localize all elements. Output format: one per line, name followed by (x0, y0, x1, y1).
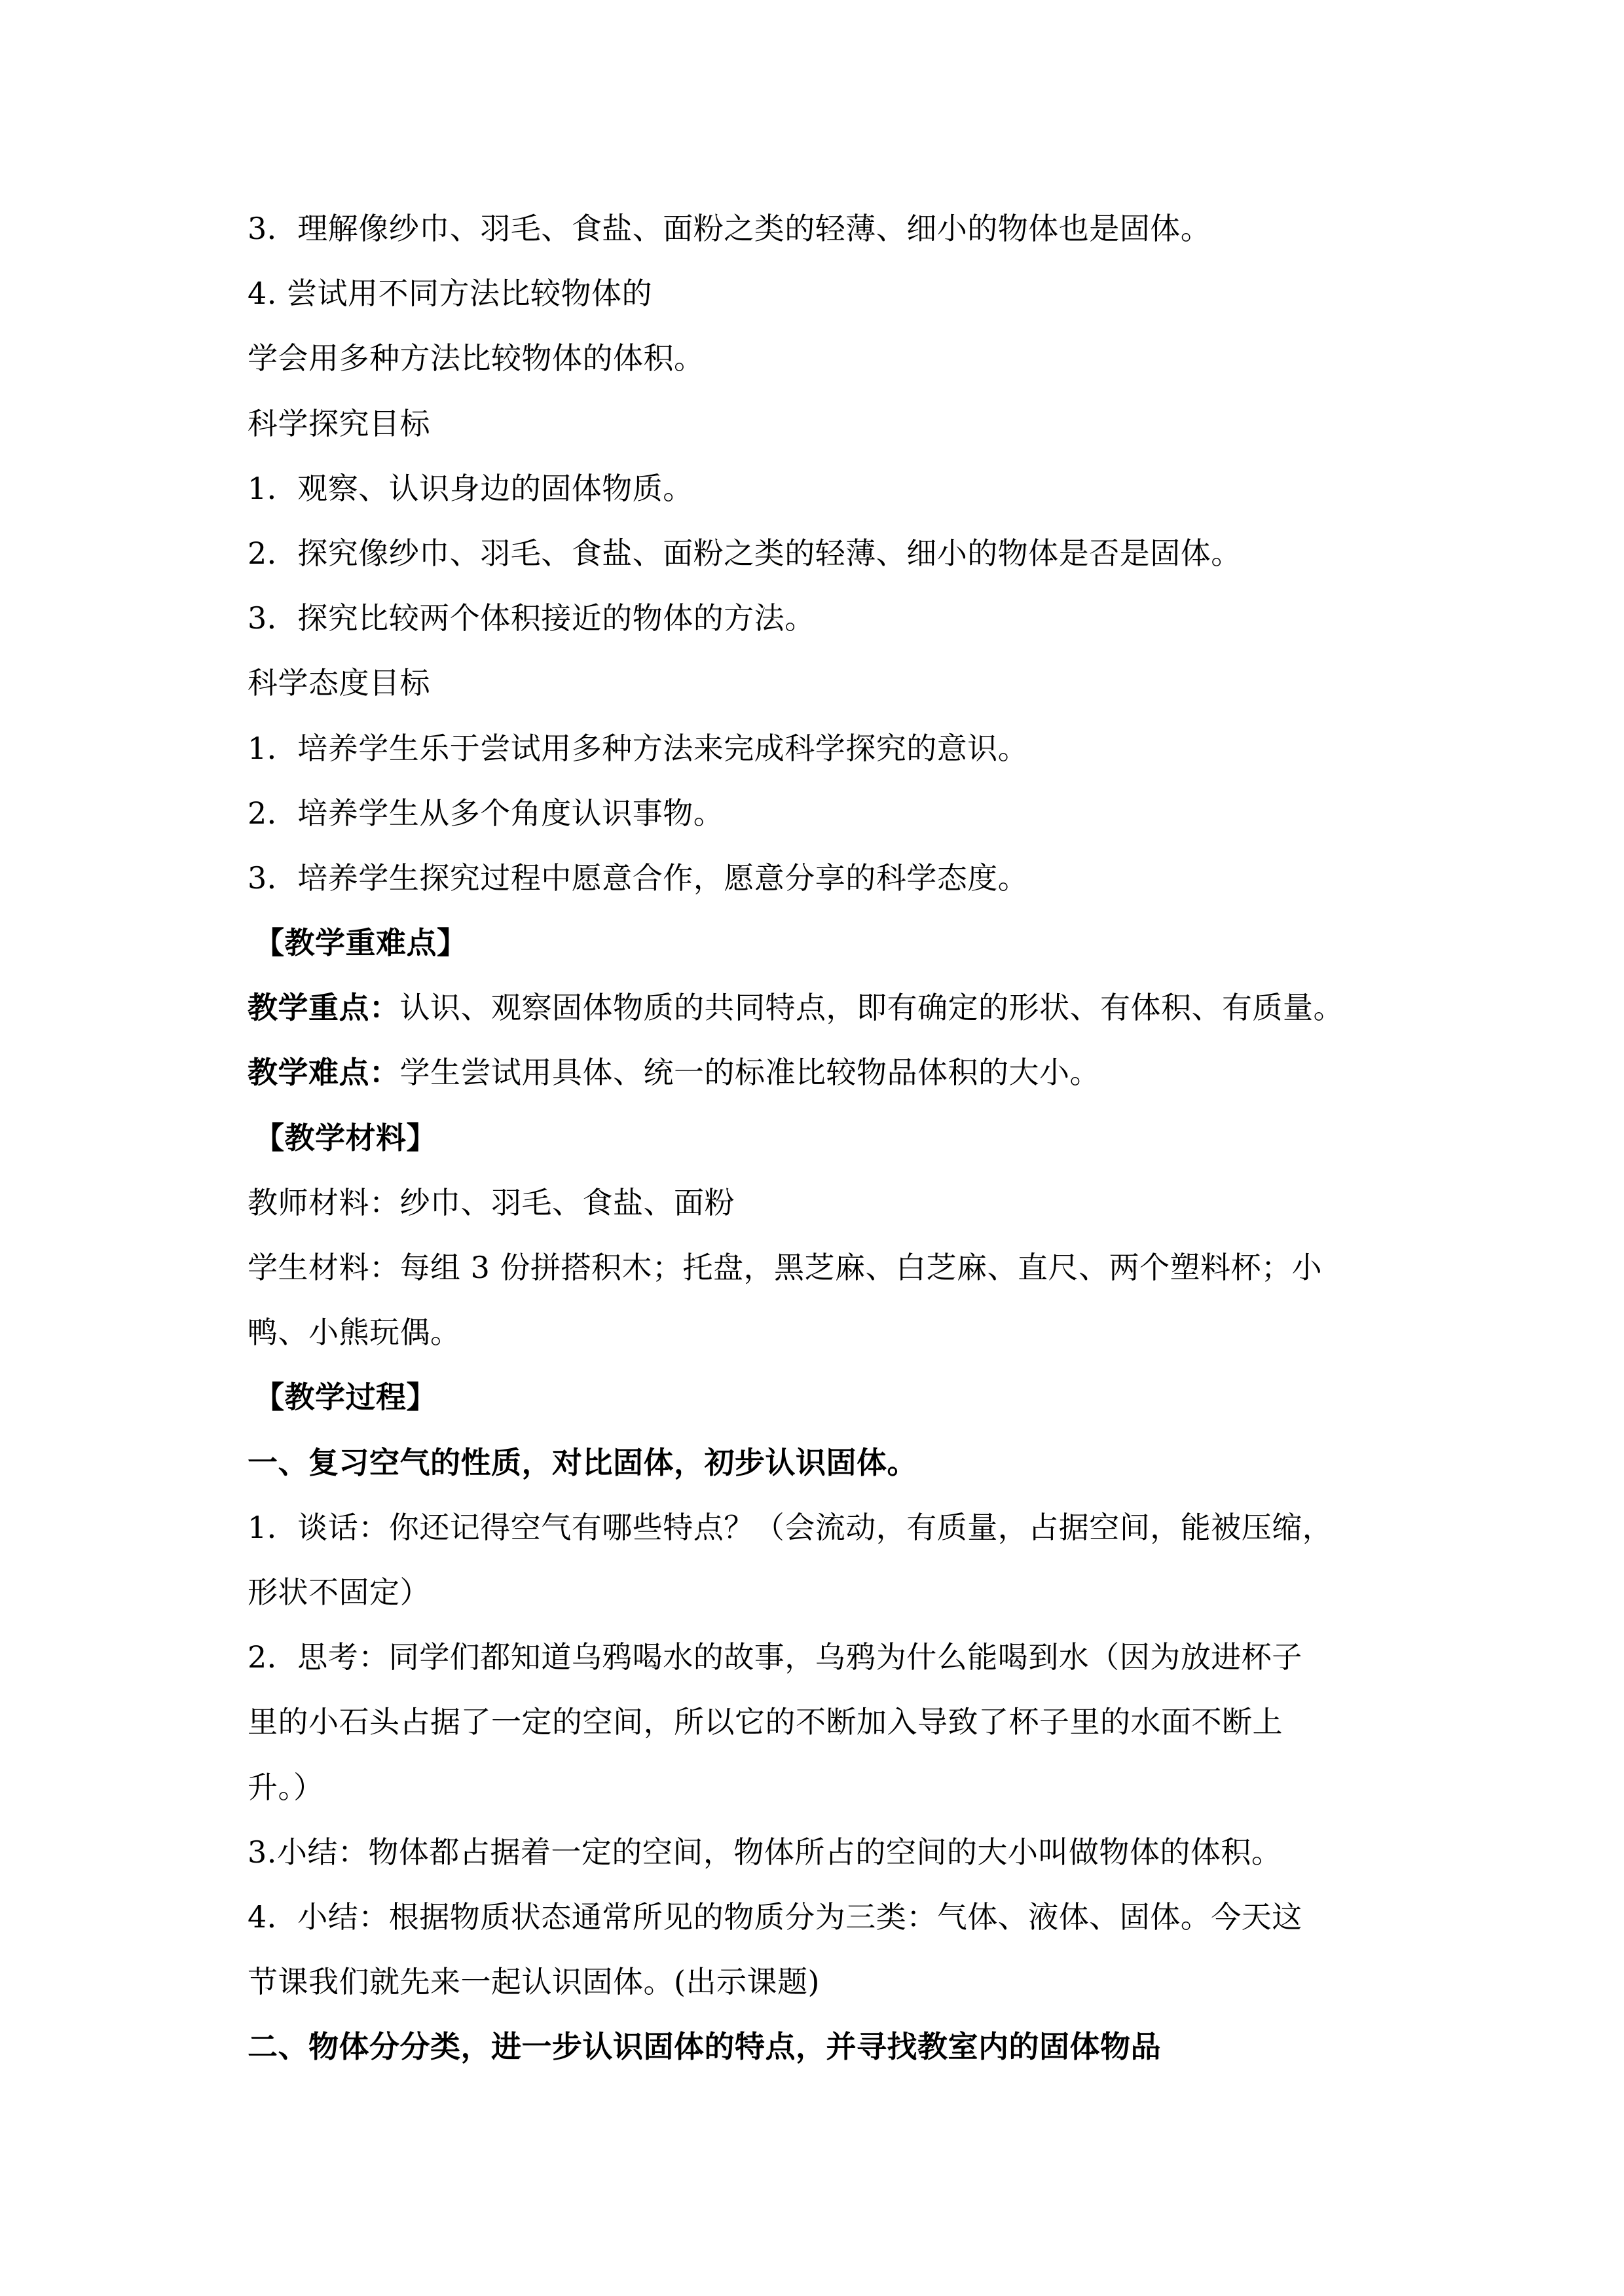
inquiry-goal-item: 1．观察、认识身边的固体物质。 (248, 456, 1400, 521)
process-line: 4．小结：根据物质状态通常所见的物质分为三类：气体、液体、固体。今天这 (248, 1885, 1400, 1950)
process-line: 形状不固定） (248, 1560, 1400, 1625)
student-materials-continuation: 鸭、小熊玩偶。 (248, 1300, 1400, 1365)
teaching-difficulty-text: 学生尝试用具体、统一的标准比较物品体积的大小。 (400, 1055, 1101, 1090)
attitude-goal-item: 1．培养学生乐于尝试用多种方法来完成科学探究的意识。 (248, 716, 1400, 781)
process-line: 里的小石头占据了一定的空间，所以它的不断加入导致了杯子里的水面不断上 (248, 1690, 1400, 1755)
goal-item: 4. 尝试用不同方法比较物体的 (248, 261, 1400, 326)
process-line: 节课我们就先来一起认识固体。(出示课题) (248, 1950, 1400, 2014)
process-line: 1．谈话：你还记得空气有哪些特点？（会流动，有质量，占据空间，能被压缩， (248, 1495, 1400, 1560)
inquiry-goal-item: 2．探究像纱巾、羽毛、食盐、面粉之类的轻薄、细小的物体是否是固体。 (248, 521, 1400, 586)
attitude-goals-title: 科学态度目标 (248, 651, 1400, 716)
teaching-difficulty: 教学难点：学生尝试用具体、统一的标准比较物品体积的大小。 (248, 1040, 1400, 1105)
document-page: 3．理解像纱巾、羽毛、食盐、面粉之类的轻薄、细小的物体也是固体。 4. 尝试用不… (248, 196, 1400, 2079)
teaching-focus-text: 认识、观察固体物质的共同特点，即有确定的形状、有体积、有质量。 (400, 990, 1344, 1025)
key-points-heading: 【教学重难点】 (254, 911, 1400, 975)
teaching-difficulty-label: 教学难点： (248, 1055, 400, 1090)
attitude-goal-item: 2．培养学生从多个角度认识事物。 (248, 781, 1400, 846)
process-heading: 【教学过程】 (254, 1365, 1400, 1430)
process-line: 2．思考：同学们都知道乌鸦喝水的故事，乌鸦为什么能喝到水（因为放进杯子 (248, 1625, 1400, 1690)
teaching-focus: 教学重点：认识、观察固体物质的共同特点，即有确定的形状、有体积、有质量。 (248, 975, 1400, 1040)
process-section-2-title: 二、物体分分类，进一步认识固体的特点，并寻找教室内的固体物品 (248, 2014, 1400, 2079)
student-materials: 学生材料：每组 3 份拼搭积木；托盘，黑芝麻、白芝麻、直尺、两个塑料杯；小 (248, 1235, 1400, 1300)
materials-heading: 【教学材料】 (254, 1106, 1400, 1171)
inquiry-goals-title: 科学探究目标 (248, 392, 1400, 456)
teaching-focus-label: 教学重点： (248, 990, 400, 1025)
process-section-1-title: 一、复习空气的性质，对比固体，初步认识固体。 (248, 1430, 1400, 1495)
teacher-materials: 教师材料：纱巾、羽毛、食盐、面粉 (248, 1171, 1400, 1235)
attitude-goal-item: 3．培养学生探究过程中愿意合作，愿意分享的科学态度。 (248, 846, 1400, 911)
goal-item: 3．理解像纱巾、羽毛、食盐、面粉之类的轻薄、细小的物体也是固体。 (248, 196, 1400, 261)
process-line: 3.小结：物体都占据着一定的空间，物体所占的空间的大小叫做物体的体积。 (248, 1820, 1400, 1885)
inquiry-goal-item: 3．探究比较两个体积接近的物体的方法。 (248, 586, 1400, 651)
goal-item-continuation: 学会用多种方法比较物体的体积。 (248, 326, 1400, 391)
process-line: 升。） (248, 1755, 1400, 1820)
